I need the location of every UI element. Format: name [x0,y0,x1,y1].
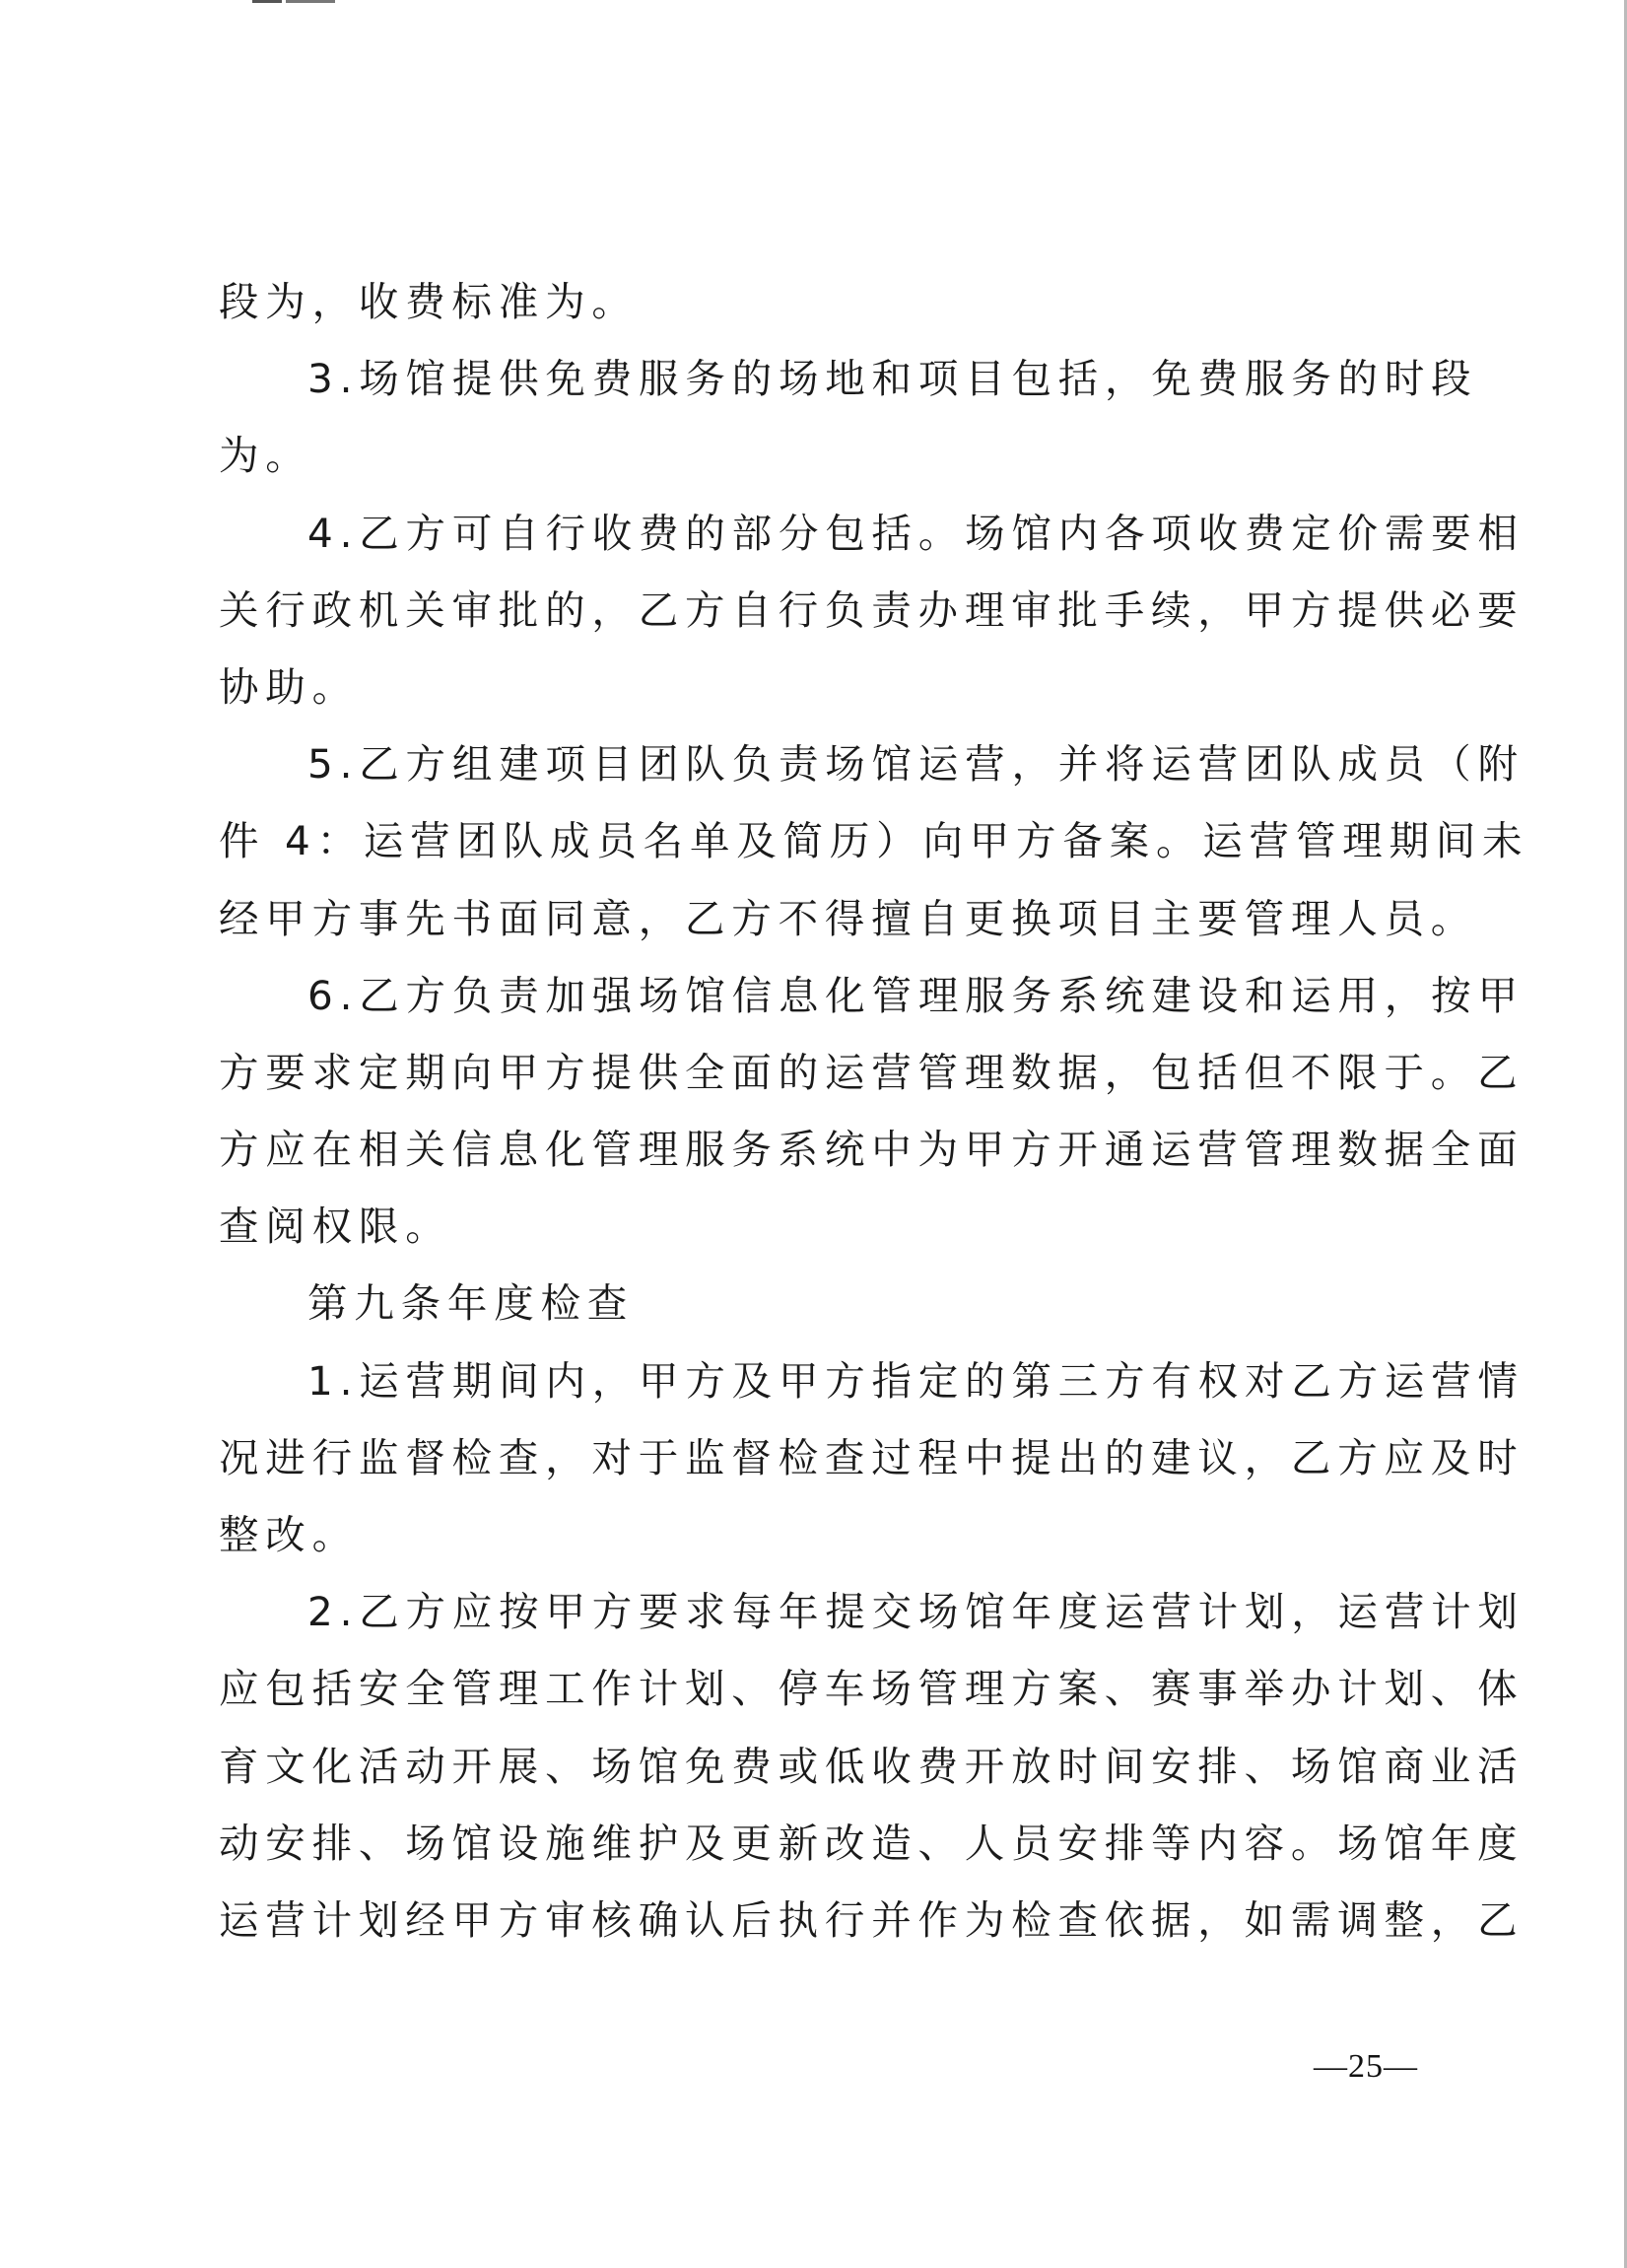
text-line: 协助。 [219,659,1423,736]
text-line: 关行政机关审批的，乙方自行负责办理审批手续，甲方提供必要 [219,583,1423,659]
text-line: 应包括安全管理工作计划、停车场管理方案、赛事举办计划、体 [219,1661,1423,1738]
text-line: 查阅权限。 [219,1199,1423,1275]
text-line: 动安排、场馆设施维护及更新改造、人员安排等内容。场馆年度 [219,1816,1423,1892]
text-line: 育文化活动开展、场馆免费或低收费开放时间安排、场馆商业活 [219,1739,1423,1816]
paragraph-item-1: 1.运营期间内，甲方及甲方指定的第三方有权对乙方运营情 [219,1353,1423,1430]
text-line: 运营计划经甲方审核确认后执行并作为检查依据，如需调整，乙 [219,1892,1423,1969]
text-line: 段为，收费标准为。 [219,274,1423,351]
document-body: 段为，收费标准为。 3.场馆提供免费服务的场地和项目包括，免费服务的时段 为。 … [219,274,1423,1969]
text-line: 件 4：运营团队成员名单及简历）向甲方备案。运营管理期间未 [219,813,1423,890]
section-heading: 第九条年度检查 [219,1275,1423,1352]
paragraph-item-2: 2.乙方应按甲方要求每年提交场馆年度运营计划，运营计划 [219,1584,1423,1661]
text-line: 经甲方事先书面同意，乙方不得擅自更换项目主要管理人员。 [219,891,1423,968]
paragraph-item-5: 5.乙方组建项目团队负责场馆运营，并将运营团队成员（附 [219,736,1423,813]
text-line: 为。 [219,428,1423,505]
paragraph-item-4: 4.乙方可自行收费的部分包括。场馆内各项收费定价需要相 [219,506,1423,583]
paragraph-item-3: 3.场馆提供免费服务的场地和项目包括，免费服务的时段 [219,351,1423,428]
text-line: 整改。 [219,1507,1423,1584]
text-line: 方要求定期向甲方提供全面的运营管理数据，包括但不限于。乙 [219,1045,1423,1122]
page-number: —25— [1314,2048,1418,2086]
text-line: 方应在相关信息化管理服务系统中为甲方开通运营管理数据全面 [219,1122,1423,1199]
scan-mark [286,0,335,3]
paragraph-item-6: 6.乙方负责加强场馆信息化管理服务系统建设和运用，按甲 [219,968,1423,1045]
scan-mark [252,0,282,3]
text-line: 况进行监督检查，对于监督检查过程中提出的建议，乙方应及时 [219,1430,1423,1507]
scan-top-marks [0,0,1627,8]
